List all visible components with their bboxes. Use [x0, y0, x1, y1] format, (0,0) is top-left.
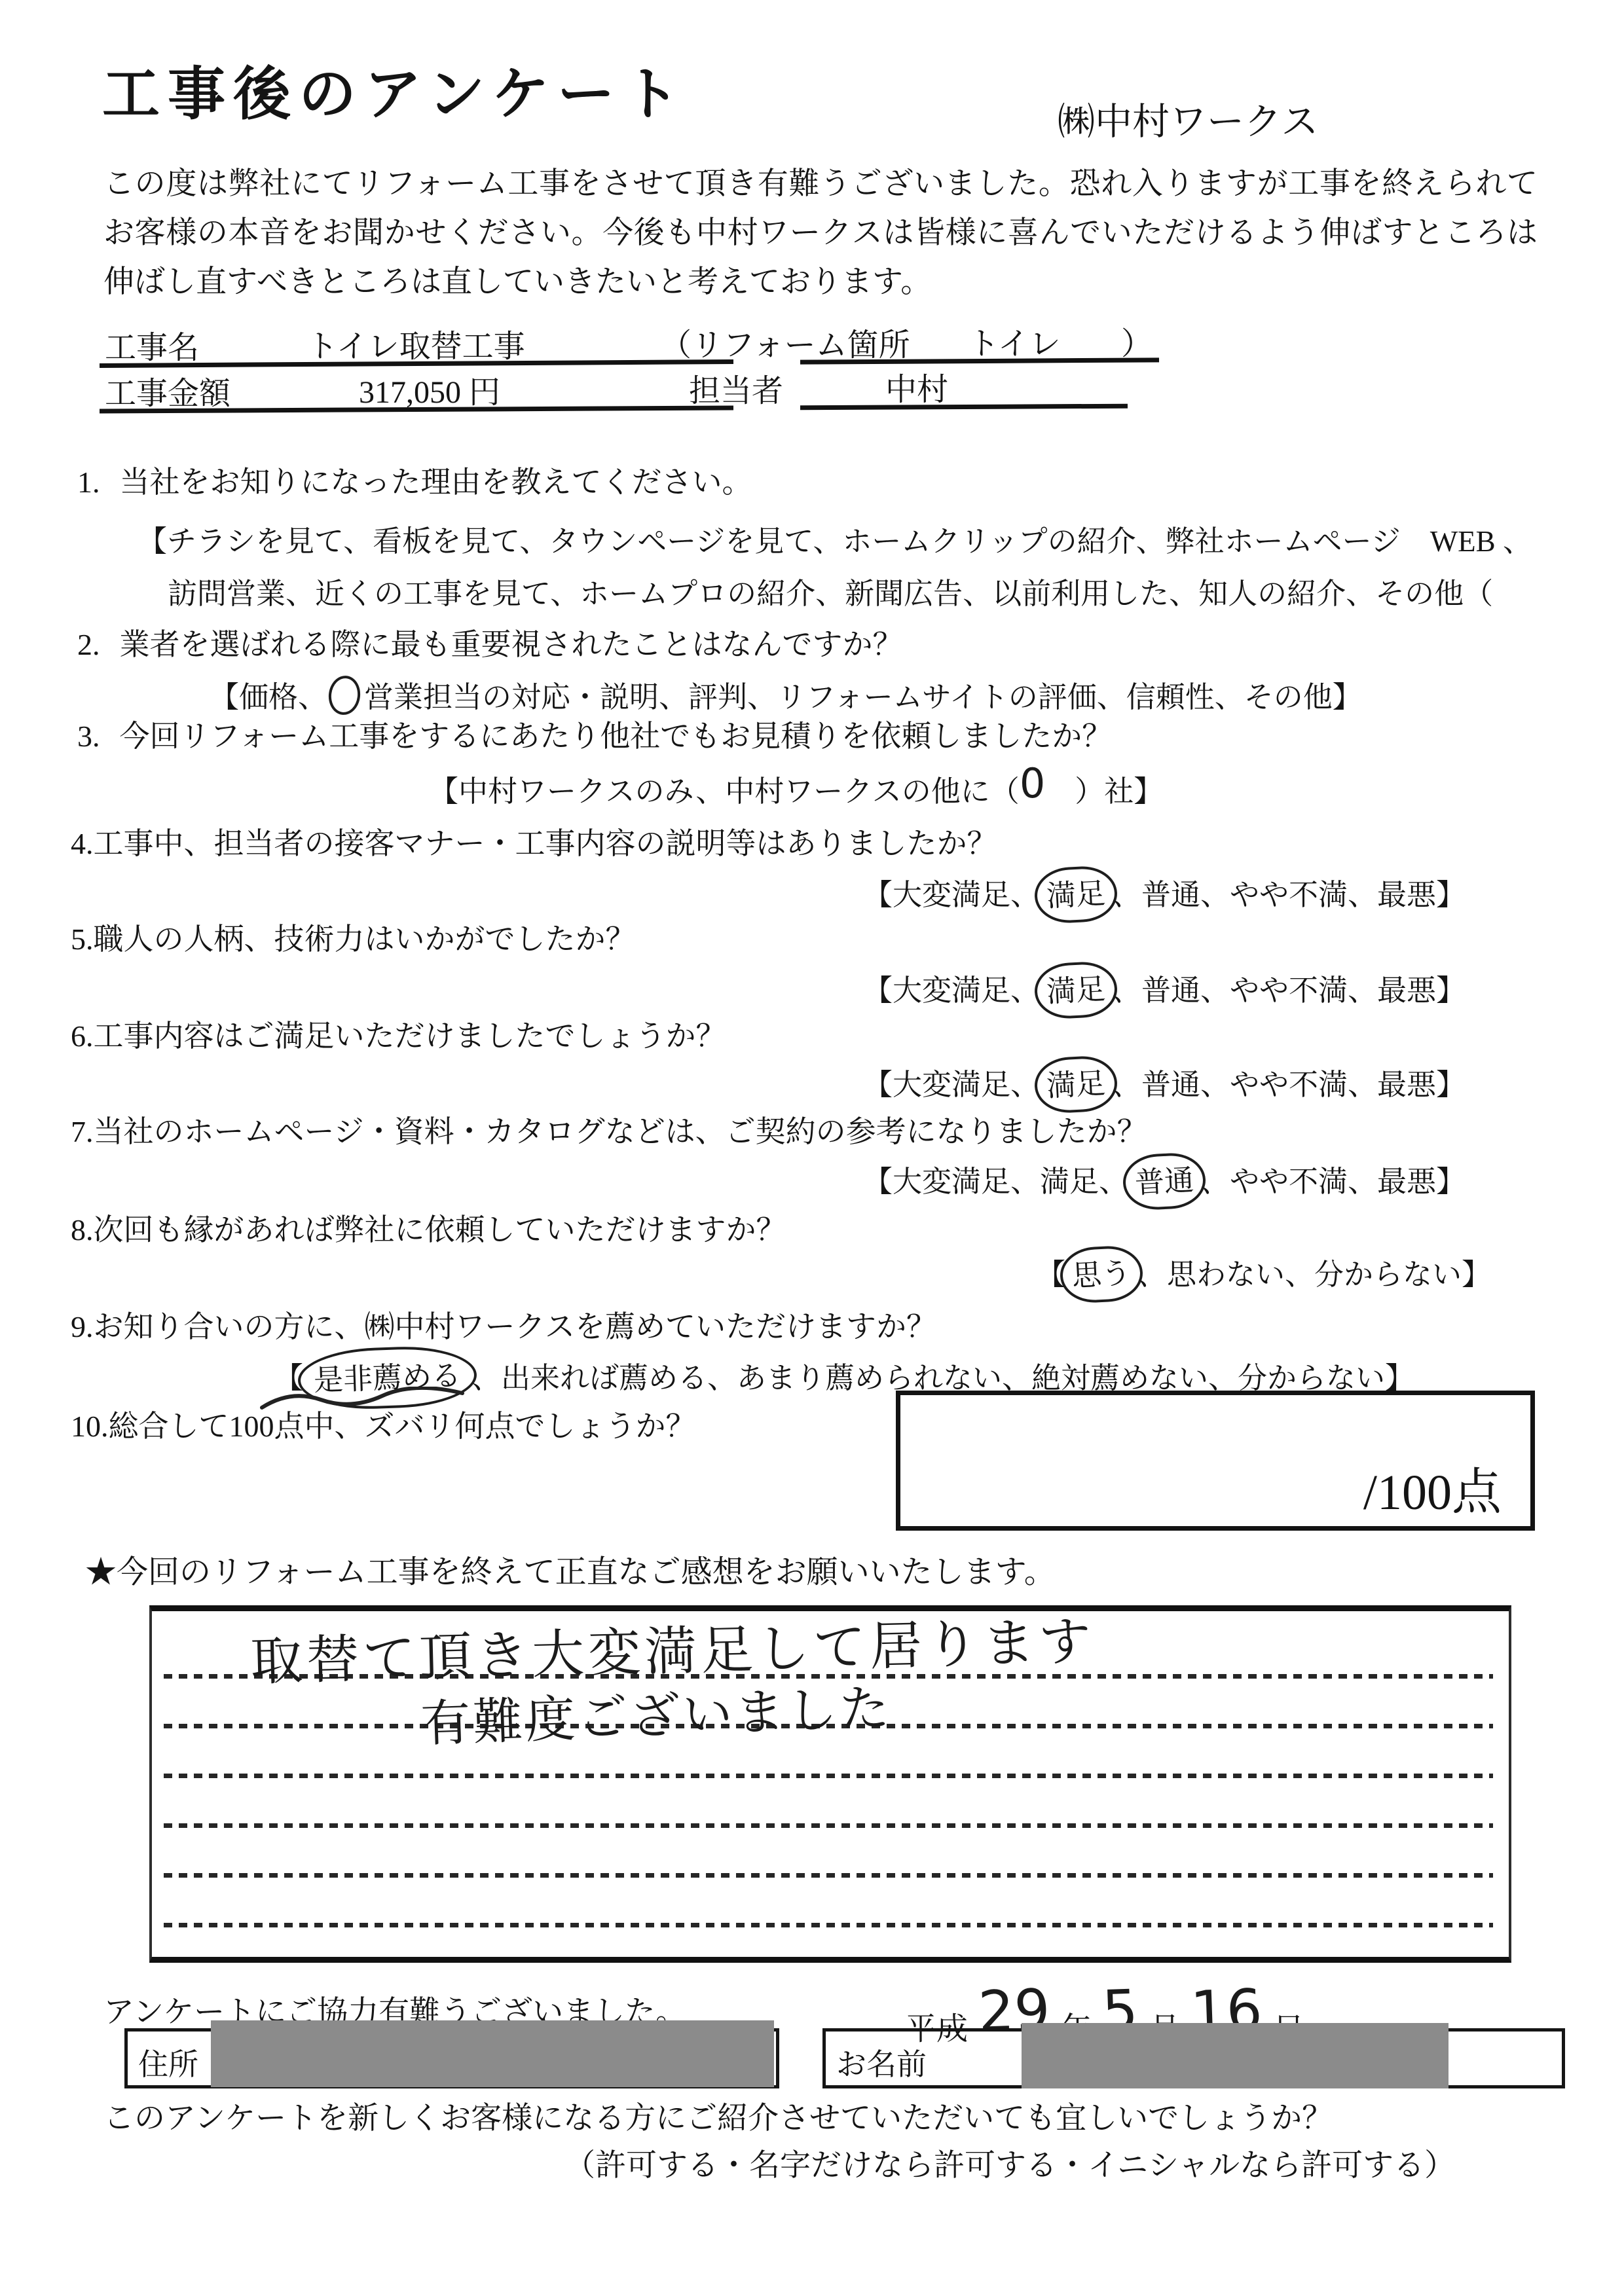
question-5-options: 【大変満足、満足、普通、やや不満、最悪】: [863, 966, 1466, 1013]
question-8-options-after: 、思わない、分からない】: [1137, 1258, 1491, 1291]
manager-label: 担当者: [689, 365, 783, 410]
question-7-number: 7.: [71, 1115, 94, 1148]
question-1: 1.当社をお知りになった理由を教えてください。: [77, 458, 752, 501]
handwritten-squiggle-icon: [258, 1387, 468, 1413]
question-4-options: 【大変満足、満足、普通、やや不満、最悪】: [863, 871, 1466, 917]
company-name: ㈱中村ワークス: [1058, 92, 1318, 145]
address-label: 住所: [138, 2041, 198, 2084]
questionnaire-page: 工事後のアンケート ㈱中村ワークス この度は弊社にてリフォーム工事をさせて頂き有…: [0, 0, 1624, 2296]
name-redaction: [1022, 2023, 1449, 2088]
question-2-options-before: 【価格、: [210, 681, 327, 714]
question-6: 6.工事内容はご満足いただけましたでしょうか？: [71, 1012, 726, 1055]
question-6-number: 6.: [71, 1019, 94, 1053]
question-4-number: 4.: [71, 827, 94, 860]
question-2-number: 2.: [77, 627, 100, 662]
question-4-text: 工事中、担当者の接客マナー・工事内容の説明等はありましたか？: [94, 827, 997, 860]
question-4: 4.工事中、担当者の接客マナー・工事内容の説明等はありましたか？: [71, 820, 997, 863]
question-9-text: お知り合いの方に、㈱中村ワークスを薦めていただけますか？: [94, 1310, 937, 1343]
question-7-text: 当社のホームページ・資料・カタログなどは、ご契約の参考になりましたか？: [94, 1115, 1147, 1148]
question-6-options-after: 、普通、やや不満、最悪】: [1112, 1068, 1466, 1101]
address-redaction: [211, 2020, 774, 2087]
question-9: 9.お知り合いの方に、㈱中村ワークスを薦めていただけますか？: [71, 1303, 936, 1346]
circled-option: 普通: [1122, 1152, 1207, 1211]
question-8-options: 【思う、思わない、分からない】: [1036, 1250, 1491, 1297]
question-1-options-line2: 訪問営業、近くの工事を見て、ホームプロの紹介、新聞広告、以前利用した、知人の紹介…: [168, 570, 1624, 612]
question-8-text: 次回も縁があれば弊社に依頼していただけますか？: [94, 1213, 786, 1247]
question-1-text: 当社をお知りになった理由を教えてください。: [120, 465, 752, 499]
work-name-value: トイレ取替工事: [306, 321, 525, 366]
consent-question: このアンケートを新しくお客様になる方にご紹介させていただいても宜しいでしょうか？: [103, 2094, 1333, 2138]
work-name-label: 工事名: [105, 322, 199, 367]
dotted-line: [164, 1774, 1493, 1778]
question-3-options: 【中村ワークスのみ、中村ワークスの他に（0 ）社】: [429, 763, 1163, 811]
question-5-text: 職人の人柄、技術力はいかがでしたか？: [94, 922, 636, 956]
reform-area-label: （リフォーム箇所: [660, 319, 910, 365]
manager-underline: [800, 404, 1128, 410]
circled-option: 満足: [1033, 960, 1118, 1020]
question-3: 3.今回リフォーム工事をするにあたり他社でもお見積りを依頼しましたか？: [77, 712, 1112, 756]
question-3-number: 3.: [77, 719, 100, 754]
circled-option: 思う: [1059, 1245, 1144, 1304]
dotted-line: [164, 1823, 1493, 1828]
dotted-line: [164, 1873, 1493, 1878]
question-4-options-after: 、普通、やや不満、最悪】: [1112, 879, 1466, 911]
question-7-options-after: 、やや不満、最悪】: [1200, 1165, 1466, 1198]
intro-paragraph: この度は弊社にてリフォーム工事をさせて頂き有難うございました。恐れ入りますが工事…: [103, 160, 1538, 307]
impressions-prompt: ★今回のリフォーム工事を終えて正直なご感想をお願いいたします。: [85, 1546, 1056, 1592]
question-9-number: 9.: [71, 1310, 94, 1343]
reform-area-value: トイレ: [968, 318, 1061, 363]
question-7-options: 【大変満足、満足、普通、やや不満、最悪】: [863, 1157, 1466, 1204]
question-4-options-before: 【大変満足、: [863, 879, 1040, 911]
question-2: 2.業者を選ばれる際に最も重要視されたことはなんですか？: [77, 621, 903, 664]
question-1-options-line1: 【チラシを見て、看板を見て、タウンページを見て、ホームクリップの紹介、弊社ホーム…: [138, 517, 1532, 560]
score-box: /100点: [896, 1391, 1535, 1531]
question-6-options-before: 【大変満足、: [863, 1068, 1040, 1101]
question-3-options-after: ）社】: [1045, 775, 1163, 808]
question-3-text: 今回リフォーム工事をするにあたり他社でもお見積りを依頼しましたか？: [120, 720, 1113, 753]
question-3-options-before: 【中村ワークスのみ、中村ワークスの他に（: [429, 775, 1020, 808]
question-5-number: 5.: [71, 922, 94, 956]
question-10-text: 総合して100点中、ズバリ何点でしょうか？: [109, 1410, 696, 1443]
page-title: 工事後のアンケート: [102, 48, 688, 131]
handwritten-company-count: 0: [1020, 759, 1045, 807]
name-label: お名前: [836, 2041, 927, 2084]
question-2-options-after: 営業担当の対応・説明、評判、リフォームサイトの評価、信頼性、その他】: [364, 681, 1362, 714]
question-8-number: 8.: [71, 1213, 94, 1247]
circled-option: 満足: [1033, 1055, 1118, 1114]
question-5-options-after: 、普通、やや不満、最悪】: [1112, 974, 1466, 1007]
question-7-options-before: 【大変満足、満足、: [863, 1165, 1128, 1198]
manager-value: 中村: [885, 364, 948, 409]
reform-area-close-paren: ）: [1121, 318, 1153, 363]
amount-label: 工事金額: [105, 368, 231, 413]
question-8: 8.次回も縁があれば弊社に依頼していただけますか？: [71, 1206, 786, 1249]
question-5: 5.職人の人柄、技術力はいかがでしたか？: [71, 915, 636, 958]
circled-option: 満足: [1033, 865, 1118, 924]
question-2-options: 【価格、営業担当の対応・説明、評判、リフォームサイトの評価、信頼性、その他】: [210, 673, 1362, 716]
amount-value: 317,050 円: [359, 367, 500, 412]
score-denominator: /100点: [1363, 1452, 1502, 1523]
question-6-text: 工事内容はご満足いただけましたでしょうか？: [94, 1019, 726, 1053]
question-5-options-before: 【大変満足、: [863, 974, 1040, 1007]
question-9-options-after: 、出来れば薦める、あまり薦められない、絶対薦めない、分からない】: [471, 1362, 1414, 1394]
handwritten-circle-mark: [327, 674, 363, 716]
question-7: 7.当社のホームページ・資料・カタログなどは、ご契約の参考になりましたか？: [71, 1108, 1147, 1151]
question-6-options: 【大変満足、満足、普通、やや不満、最悪】: [863, 1061, 1466, 1107]
dotted-line: [164, 1923, 1493, 1927]
question-10-number: 10.: [71, 1410, 109, 1443]
question-1-number: 1.: [77, 465, 100, 500]
consent-options: （許可する・名字だけなら許可する・イニシャルなら許可する）: [564, 2141, 1455, 2185]
question-2-text: 業者を選ばれる際に最も重要視されたことはなんですか？: [120, 628, 903, 661]
